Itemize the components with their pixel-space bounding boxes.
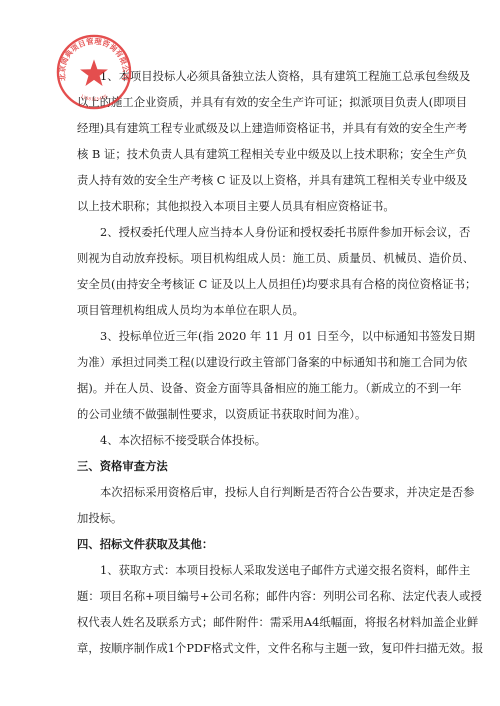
paragraph-3-line-3: 据)。并在人员、设备、资金方面等具备相应的施工能力。（新成立的不到一年 xyxy=(77,380,424,406)
paragraph-acquisition-line-1: 1、获取方式：本项目投标人采取发送电子邮件方式递交报名资料，邮件主 xyxy=(77,562,424,588)
paragraph-2-line-4: 项目管理机构组成人员均为本单位在职人员。 xyxy=(77,302,424,328)
paragraph-1-line-5: 责人持有效的安全生产考核 C 证及以上资格，并具有建筑工程相关专业中级及 xyxy=(77,172,424,198)
document-page: 1、本项目投标人必须具备独立法人资格，具有建筑工程施工总承包叁级及 以上的施工企… xyxy=(0,0,500,706)
paragraph-1-line-1: 1、本项目投标人必须具备独立法人资格，具有建筑工程施工总承包叁级及 xyxy=(77,68,424,94)
paragraph-acquisition-line-3: 权代表人姓名及联系方式；邮件附件：需采用A4纸幅面，将报名材料加盖企业鲜 xyxy=(77,614,424,640)
paragraph-4-line-1: 4、本次招标不接受联合体投标。 xyxy=(77,432,424,458)
paragraph-1-line-4: 核 B 证；技术负责人具有建筑工程相关专业中级及以上技术职称；安全生产负 xyxy=(77,146,424,172)
paragraph-1-line-3: 经理)具有建筑工程专业贰级及以上建造师资格证书，并具有有效的安全生产考 xyxy=(77,120,424,146)
paragraph-review-line-2: 加投标。 xyxy=(77,510,424,536)
paragraph-acquisition-line-4: 章，按顺序制作成1个PDF格式文件，文件名称与主题一致，复印件扫描无效。报 xyxy=(77,640,424,666)
paragraph-review-line-1: 本次招标采用资格后审，投标人自行判断是否符合公告要求，并决定是否参 xyxy=(77,484,424,510)
paragraph-2-line-2: 则视为自动放弃投标。项目机构组成人员：施工员、质量员、机械员、造价员、 xyxy=(77,250,424,276)
paragraph-2-line-1: 2、授权委托代理人应当持本人身份证和授权委托书原件参加开标会议，否 xyxy=(77,224,424,250)
paragraph-acquisition-line-2: 题：项目名称+项目编号+公司名称；邮件内容：列明公司名称、法定代表人或授 xyxy=(77,588,424,614)
paragraph-2-line-3: 安全员(由持安全考核证 C 证及以上人员担任)均要求具有合格的岗位资格证书； xyxy=(77,276,424,302)
section-heading-tender-documents: 四、招标文件获取及其他： xyxy=(77,536,424,562)
paragraph-3-line-4: 的公司业绩不做强制性要求，以资质证书获取时间为准）。 xyxy=(77,406,424,432)
paragraph-1-line-2: 以上的施工企业资质，并具有有效的安全生产许可证；拟派项目负责人(即项目 xyxy=(77,94,424,120)
paragraph-1-line-6: 以上技术职称；其他拟投入本项目主要人员具有相应资格证书。 xyxy=(77,198,424,224)
section-heading-qualification-review: 三、资格审查方法 xyxy=(77,458,424,484)
paragraph-3-line-2: 为准）承担过同类工程(以建设行政主管部门备案的中标通知书和施工合同为依 xyxy=(77,354,424,380)
document-body: 1、本项目投标人必须具备独立法人资格，具有建筑工程施工总承包叁级及 以上的施工企… xyxy=(77,68,424,666)
paragraph-3-line-1: 3、投标单位近三年(指 2020 年 11 月 01 日至今，以中标通知书签发日… xyxy=(77,328,424,354)
